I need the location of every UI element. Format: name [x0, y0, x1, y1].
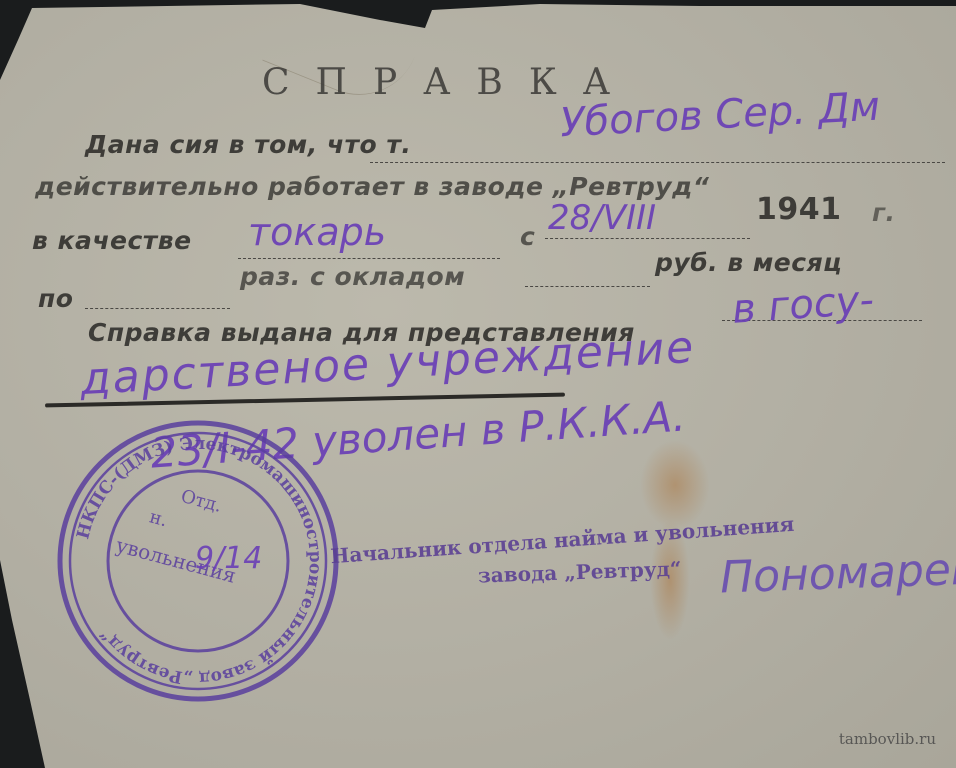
year-value: 1941: [756, 192, 842, 227]
purpose-line1: в госу-: [731, 277, 876, 333]
document-paper: СПРАВКА Дана сия в том, что т. Убогов Се…: [0, 0, 956, 768]
position-value: токарь: [248, 210, 386, 254]
line3-suffix: г.: [872, 198, 896, 227]
line2-text: действительно работает в заводе „Ревтруд…: [35, 172, 709, 201]
line4-mid: раз. с окладом: [240, 262, 465, 291]
signature: Пономарев: [719, 544, 956, 604]
fill-line: [370, 162, 945, 163]
round-stamp: НКПС-(ДМЗ) Электромашиностроительный зав…: [55, 418, 341, 704]
fill-line: [545, 238, 750, 239]
line3-from: с: [520, 222, 535, 251]
fill-line: [525, 286, 650, 287]
line4-prefix: по: [38, 284, 73, 313]
svg-text:н.: н.: [147, 506, 170, 531]
stain: [640, 440, 710, 530]
fill-line: [85, 308, 230, 309]
watermark: tambovlib.ru: [839, 730, 936, 748]
fill-line: [238, 258, 500, 259]
svg-text:9/14: 9/14: [195, 541, 262, 576]
document-title: СПРАВКА: [262, 62, 636, 103]
line4-suffix: руб. в месяц: [655, 248, 842, 277]
line3-prefix: в качестве: [32, 226, 192, 255]
svg-text:Отд.: Отд.: [179, 486, 225, 517]
line1-prefix: Дана сия в том, что т.: [85, 130, 411, 159]
start-date: 28/VIII: [548, 198, 656, 238]
